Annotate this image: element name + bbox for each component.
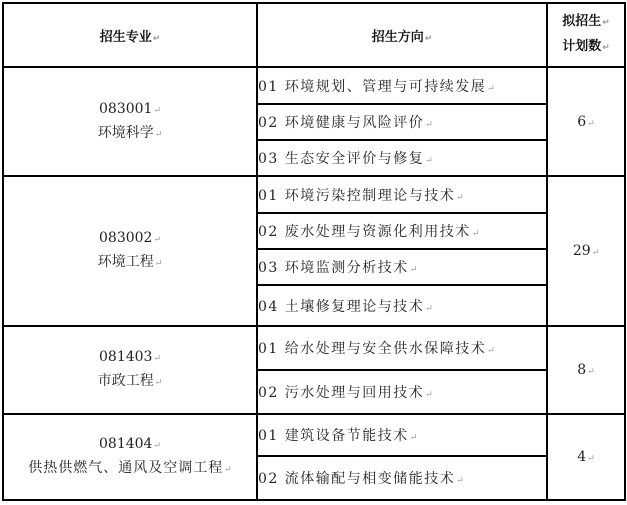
table-row: 081403↵ 市政工程↵ 01 给水处理与安全供水保障技术↵ 8↵ bbox=[3, 326, 625, 370]
header-major: 招生专业↵ bbox=[3, 3, 257, 67]
paragraph-mark-icon: ↵ bbox=[153, 354, 161, 364]
header-row: 招生专业↵ 招生方向↵ 拟招生↵ 计划数↵ bbox=[3, 3, 625, 67]
paragraph-mark-icon: ↵ bbox=[425, 120, 433, 130]
paragraph-mark-icon: ↵ bbox=[487, 346, 495, 356]
paragraph-mark-icon: ↵ bbox=[587, 119, 595, 129]
paragraph-mark-icon: ↵ bbox=[425, 304, 433, 314]
direction-cell: 03 环境监测分析技术↵ bbox=[257, 249, 547, 285]
paragraph-mark-icon: ↵ bbox=[425, 156, 433, 166]
count-cell: 8↵ bbox=[547, 326, 625, 414]
major-cell: 083001↵ 环境科学↵ bbox=[3, 67, 257, 176]
paragraph-mark-icon: ↵ bbox=[410, 265, 418, 275]
paragraph-mark-icon: ↵ bbox=[587, 454, 595, 464]
direction-cell: 01 环境规划、管理与可持续发展↵ bbox=[257, 67, 547, 104]
direction-cell: 03 生态安全评价与修复↵ bbox=[257, 140, 547, 176]
paragraph-mark-icon: ↵ bbox=[155, 130, 163, 140]
enrollment-table: 招生专业↵ 招生方向↵ 拟招生↵ 计划数↵ 083001↵ 环境科学↵ 01 环… bbox=[2, 2, 626, 501]
paragraph-mark-icon: ↵ bbox=[587, 367, 595, 377]
paragraph-mark-icon: ↵ bbox=[602, 43, 610, 53]
count-cell: 29↵ bbox=[547, 176, 625, 326]
paragraph-mark-icon: ↵ bbox=[456, 193, 464, 203]
header-count: 拟招生↵ 计划数↵ bbox=[547, 3, 625, 67]
direction-cell: 02 废水处理与资源化利用技术↵ bbox=[257, 213, 547, 249]
paragraph-mark-icon: ↵ bbox=[155, 378, 163, 388]
paragraph-mark-icon: ↵ bbox=[487, 84, 495, 94]
table-row: 081404↵ 供热供燃气、通风及空调工程↵ 01 建筑设备节能技术↵ 4↵ bbox=[3, 414, 625, 456]
paragraph-mark-icon: ↵ bbox=[602, 18, 610, 28]
count-cell: 4↵ bbox=[547, 414, 625, 500]
paragraph-mark-icon: ↵ bbox=[425, 34, 433, 44]
direction-cell: 01 建筑设备节能技术↵ bbox=[257, 414, 547, 456]
paragraph-mark-icon: ↵ bbox=[472, 229, 480, 239]
paragraph-mark-icon: ↵ bbox=[425, 390, 433, 400]
direction-cell: 02 污水处理与回用技术↵ bbox=[257, 370, 547, 414]
paragraph-mark-icon: ↵ bbox=[410, 433, 418, 443]
major-cell: 081403↵ 市政工程↵ bbox=[3, 326, 257, 414]
table-row: 083002↵ 环境工程↵ 01 环境污染控制理论与技术↵ 29↵ bbox=[3, 176, 625, 213]
paragraph-mark-icon: ↵ bbox=[456, 476, 464, 486]
direction-cell: 04 土壤修复理论与技术↵ bbox=[257, 285, 547, 326]
count-cell: 6↵ bbox=[547, 67, 625, 176]
paragraph-mark-icon: ↵ bbox=[153, 235, 161, 245]
paragraph-mark-icon: ↵ bbox=[155, 259, 163, 269]
paragraph-mark-icon: ↵ bbox=[224, 465, 232, 475]
paragraph-mark-icon: ↵ bbox=[592, 248, 600, 258]
paragraph-mark-icon: ↵ bbox=[153, 106, 161, 116]
major-cell: 083002↵ 环境工程↵ bbox=[3, 176, 257, 326]
paragraph-mark-icon: ↵ bbox=[153, 441, 161, 451]
paragraph-mark-icon: ↵ bbox=[153, 34, 161, 44]
major-cell: 081404↵ 供热供燃气、通风及空调工程↵ bbox=[3, 414, 257, 500]
direction-cell: 02 环境健康与风险评价↵ bbox=[257, 104, 547, 140]
header-direction: 招生方向↵ bbox=[257, 3, 547, 67]
table-row: 083001↵ 环境科学↵ 01 环境规划、管理与可持续发展↵ 6↵ bbox=[3, 67, 625, 104]
direction-cell: 01 环境污染控制理论与技术↵ bbox=[257, 176, 547, 213]
direction-cell: 01 给水处理与安全供水保障技术↵ bbox=[257, 326, 547, 370]
direction-cell: 02 流体输配与相变储能技术↵ bbox=[257, 456, 547, 500]
